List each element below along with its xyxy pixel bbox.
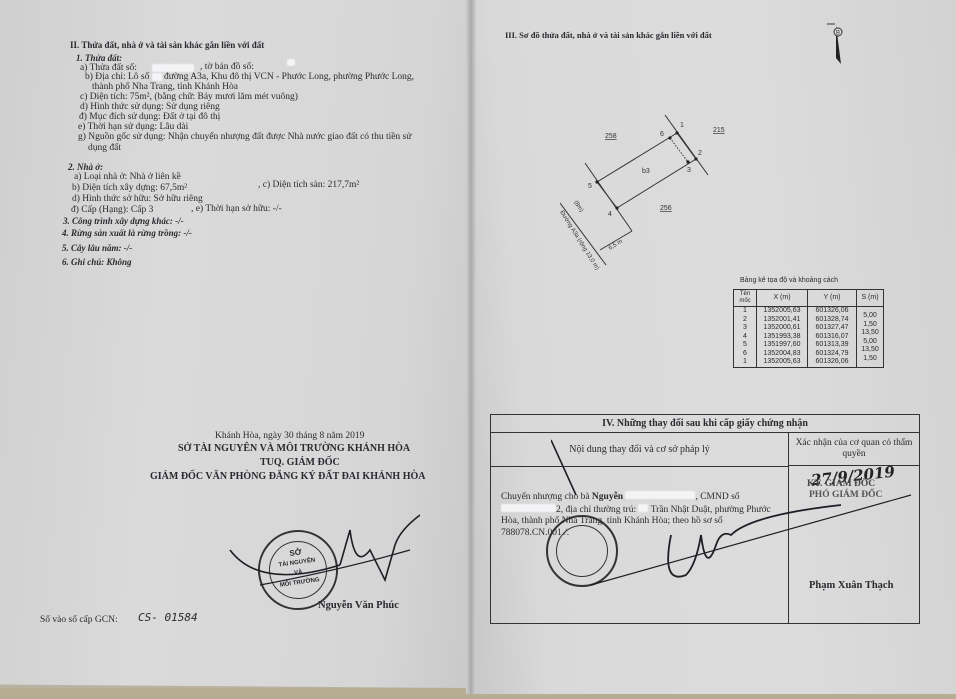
- house-building-area: b) Diện tích xây dựng: 67,5m²: [72, 183, 187, 194]
- coord-cell-y: 601313,39: [808, 341, 857, 350]
- coord-cell-s: 13,50: [857, 346, 884, 355]
- svg-text:215: 215: [713, 127, 725, 134]
- north-arrow-icon: B: [822, 22, 852, 67]
- coord-cell-id: 2: [734, 316, 757, 325]
- coord-cell-s: 13,50: [857, 329, 884, 338]
- registration-office: GIÁM ĐỐC VĂN PHÒNG ĐĂNG KÝ ĐẤT ĐAI KHÁNH…: [150, 471, 425, 482]
- coord-cell-y: 601326,06: [808, 358, 857, 367]
- coord-cell-y: 601328,74: [808, 316, 857, 325]
- coord-row: 11352005,63601326,065,00: [734, 307, 884, 316]
- col-header-s: S (m): [857, 290, 884, 307]
- coord-cell-s: [857, 363, 884, 372]
- tuq-director: TUQ. GIÁM ĐỐC: [260, 457, 340, 468]
- section-ii-title: II. Thửa đất, nhà ở và tài sản khác gắn …: [70, 40, 264, 51]
- land-origin-cont: dụng đất: [88, 143, 121, 154]
- book-gutter: [466, 0, 476, 694]
- coord-cell-x: 1352001,41: [757, 316, 808, 325]
- redacted-map-number: [287, 59, 295, 66]
- coord-cell-y: 601326,06: [808, 307, 857, 316]
- svg-text:256: 256: [660, 205, 672, 212]
- perennial-trees: 5. Cây lâu năm: -/-: [62, 243, 132, 254]
- svg-text:6,5 m: 6,5 m: [608, 239, 624, 252]
- svg-text:Đường A3a (rộng 13,0 m): Đường A3a (rộng 13,0 m): [560, 210, 600, 270]
- svg-text:b3: b3: [642, 168, 650, 175]
- issue-date: Khánh Hòa, ngày 30 tháng 8 năm 2019: [215, 431, 364, 442]
- coord-cell-id: 5: [734, 341, 757, 350]
- redacted-parcel-number: [152, 64, 194, 72]
- left-signer-name: Nguyễn Văn Phúc: [318, 600, 399, 611]
- coord-cell-x: 1352004,83: [757, 350, 808, 359]
- coord-cell-y: 601327,47: [808, 324, 857, 333]
- house-grade: đ) Cấp (Hạng): Cấp 3: [71, 205, 153, 216]
- issuing-agency: SỞ TÀI NGUYÊN VÀ MÔI TRƯỜNG KHÁNH HÒA: [178, 443, 410, 454]
- coord-cell-id: 1: [734, 358, 757, 367]
- gcn-label: Số vào sổ cấp GCN:: [40, 615, 118, 626]
- coordinate-table: Tên mốc X (m) Y (m) S (m) 11352005,63601…: [733, 289, 884, 368]
- notes: 6. Ghi chú: Không: [62, 257, 132, 268]
- right-signer-name: Phạm Xuân Thạch: [809, 580, 893, 591]
- production-forest: 4. Rừng sản xuất là rừng trồng: -/-: [62, 228, 192, 239]
- land-origin: g) Nguồn gốc sử dụng: Nhận chuyển nhượng…: [78, 132, 411, 143]
- col-header-x: X (m): [757, 290, 808, 307]
- signature-right: [551, 435, 919, 595]
- signature-left: [220, 510, 420, 600]
- coord-cell-x: 1352005,63: [757, 358, 808, 367]
- col-header-y: Y (m): [808, 290, 857, 307]
- house-ownership: d) Hình thức sở hữu: Sở hữu riêng: [72, 194, 203, 205]
- coord-table-title: Bảng kê tọa độ và khoảng cách: [740, 277, 838, 284]
- coord-cell-x: 1351993,38: [757, 333, 808, 342]
- svg-text:258: 258: [605, 133, 617, 140]
- changes-table: IV. Những thay đổi sau khi cấp giấy chứn…: [490, 414, 920, 624]
- coord-cell-id: 4: [734, 333, 757, 342]
- coord-cell-id: 1: [734, 307, 757, 316]
- svg-text:(8m): (8m): [572, 200, 584, 214]
- coord-cell-s: 5,00: [857, 338, 884, 347]
- svg-text:3: 3: [687, 167, 691, 174]
- redacted-lot-number: [152, 73, 162, 81]
- coord-cell-x: 1352005,63: [757, 307, 808, 316]
- svg-text:2: 2: [698, 150, 702, 157]
- parcel-diagram: 1 2 3 4 5 6 b3 258 215 256 (8m) Đường A3…: [560, 110, 740, 270]
- changes-title: IV. Những thay đổi sau khi cấp giấy chứn…: [491, 415, 919, 433]
- svg-text:6: 6: [660, 131, 664, 138]
- svg-text:B: B: [836, 31, 840, 37]
- svg-text:5: 5: [588, 183, 592, 190]
- coord-cell-y: 601324,79: [808, 350, 857, 359]
- coord-cell-s: 1,50: [857, 321, 884, 330]
- gcn-number: CS- 01584: [138, 612, 198, 623]
- coord-cell-id: 3: [734, 324, 757, 333]
- coord-cell-x: 1351997,60: [757, 341, 808, 350]
- svg-text:4: 4: [608, 211, 612, 218]
- svg-text:1: 1: [680, 122, 684, 129]
- coord-cell-id: 6: [734, 350, 757, 359]
- other-works: 3. Công trình xây dựng khác: -/-: [63, 216, 184, 227]
- section-iii-title: III. Sơ đồ thửa đất, nhà ở và tài sản kh…: [505, 30, 712, 41]
- house-type: a) Loại nhà ở: Nhà ở liên kề: [74, 172, 181, 183]
- coord-cell-x: 1352000,61: [757, 324, 808, 333]
- redacted-id-number: [501, 504, 556, 512]
- house-ownership-term: , e) Thời hạn sở hữu: -/-: [191, 204, 282, 215]
- col-header-marker: Tên mốc: [734, 290, 757, 307]
- coord-cell-s: 1,50: [857, 355, 884, 364]
- coord-cell-y: 601316,07: [808, 333, 857, 342]
- coord-cell-s: 5,00: [857, 312, 884, 321]
- house-floor-area: , c) Diện tích sàn: 217,7m²: [258, 180, 359, 191]
